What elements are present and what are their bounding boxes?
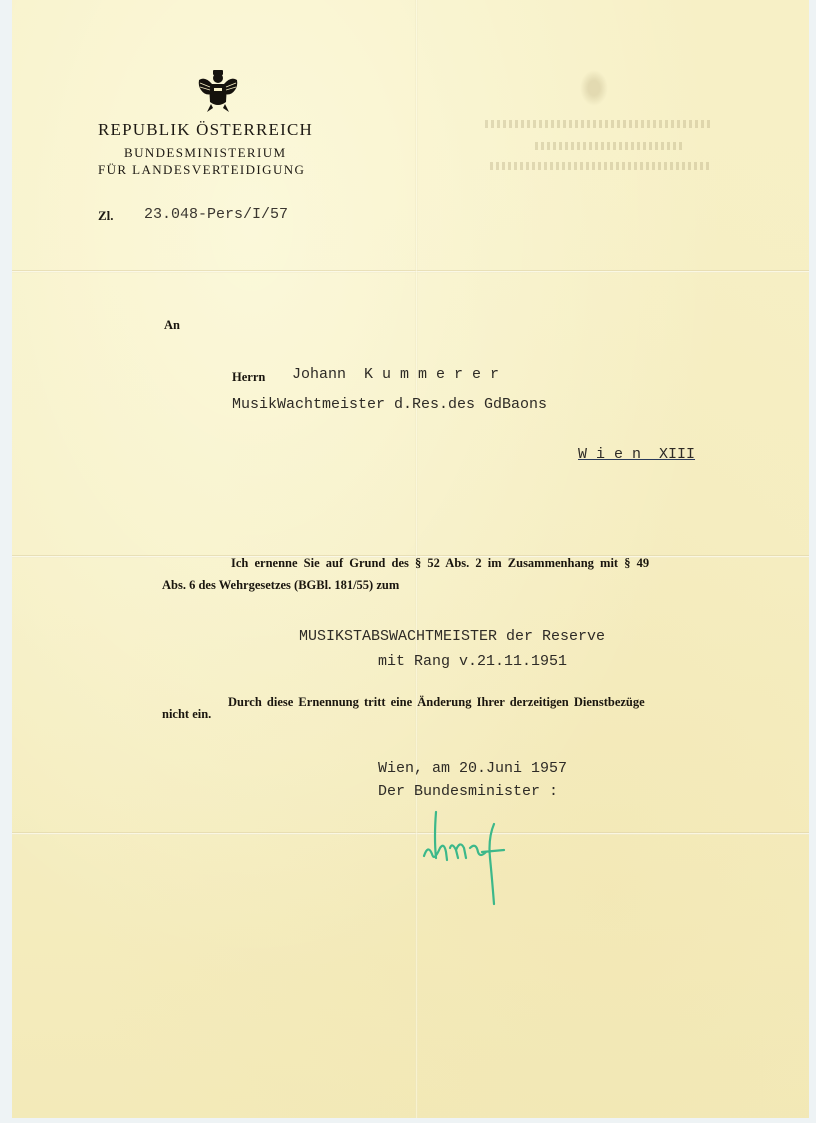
place-and-date: Wien, am 20.Juni 1957 [378, 760, 567, 777]
appointment-title: MUSIKSTABSWACHTMEISTER der Reserve [299, 628, 605, 645]
fold-line [12, 270, 809, 273]
body-paragraph-1-line-2: Abs. 6 des Wehrgesetzes (BGBl. 181/55) z… [162, 578, 399, 593]
appointment-rank-date: mit Rang v.21.11.1951 [378, 653, 567, 670]
body-paragraph-2-line-2: nicht ein. [162, 707, 211, 722]
letterhead-ministry: BUNDESMINISTERIUM [124, 145, 286, 161]
reference-label: Zl. [98, 208, 114, 224]
salutation: Herrn [232, 370, 265, 385]
to-label: An [164, 318, 180, 333]
signature-icon [420, 808, 530, 908]
body-paragraph-1-line-1: Ich ernenne Sie auf Grund des § 52 Abs. … [231, 556, 649, 571]
show-through-letterhead [475, 70, 715, 180]
recipient-city: W i e n XIII [578, 446, 695, 463]
letterhead-republic: REPUBLIK ÖSTERREICH [98, 120, 313, 140]
recipient-rank: MusikWachtmeister d.Res.des GdBaons [232, 396, 547, 413]
austrian-eagle-coat-of-arms-icon [197, 68, 239, 114]
recipient-name: Johann K u m m e r e r [292, 366, 499, 383]
fold-line [12, 832, 809, 835]
body-paragraph-2-line-1: Durch diese Ernennung tritt eine Änderun… [228, 695, 645, 710]
reference-number: 23.048-Pers/I/57 [144, 206, 288, 223]
letterhead-department: FÜR LANDESVERTEIDIGUNG [98, 162, 305, 178]
signatory-title: Der Bundesminister : [378, 783, 558, 800]
